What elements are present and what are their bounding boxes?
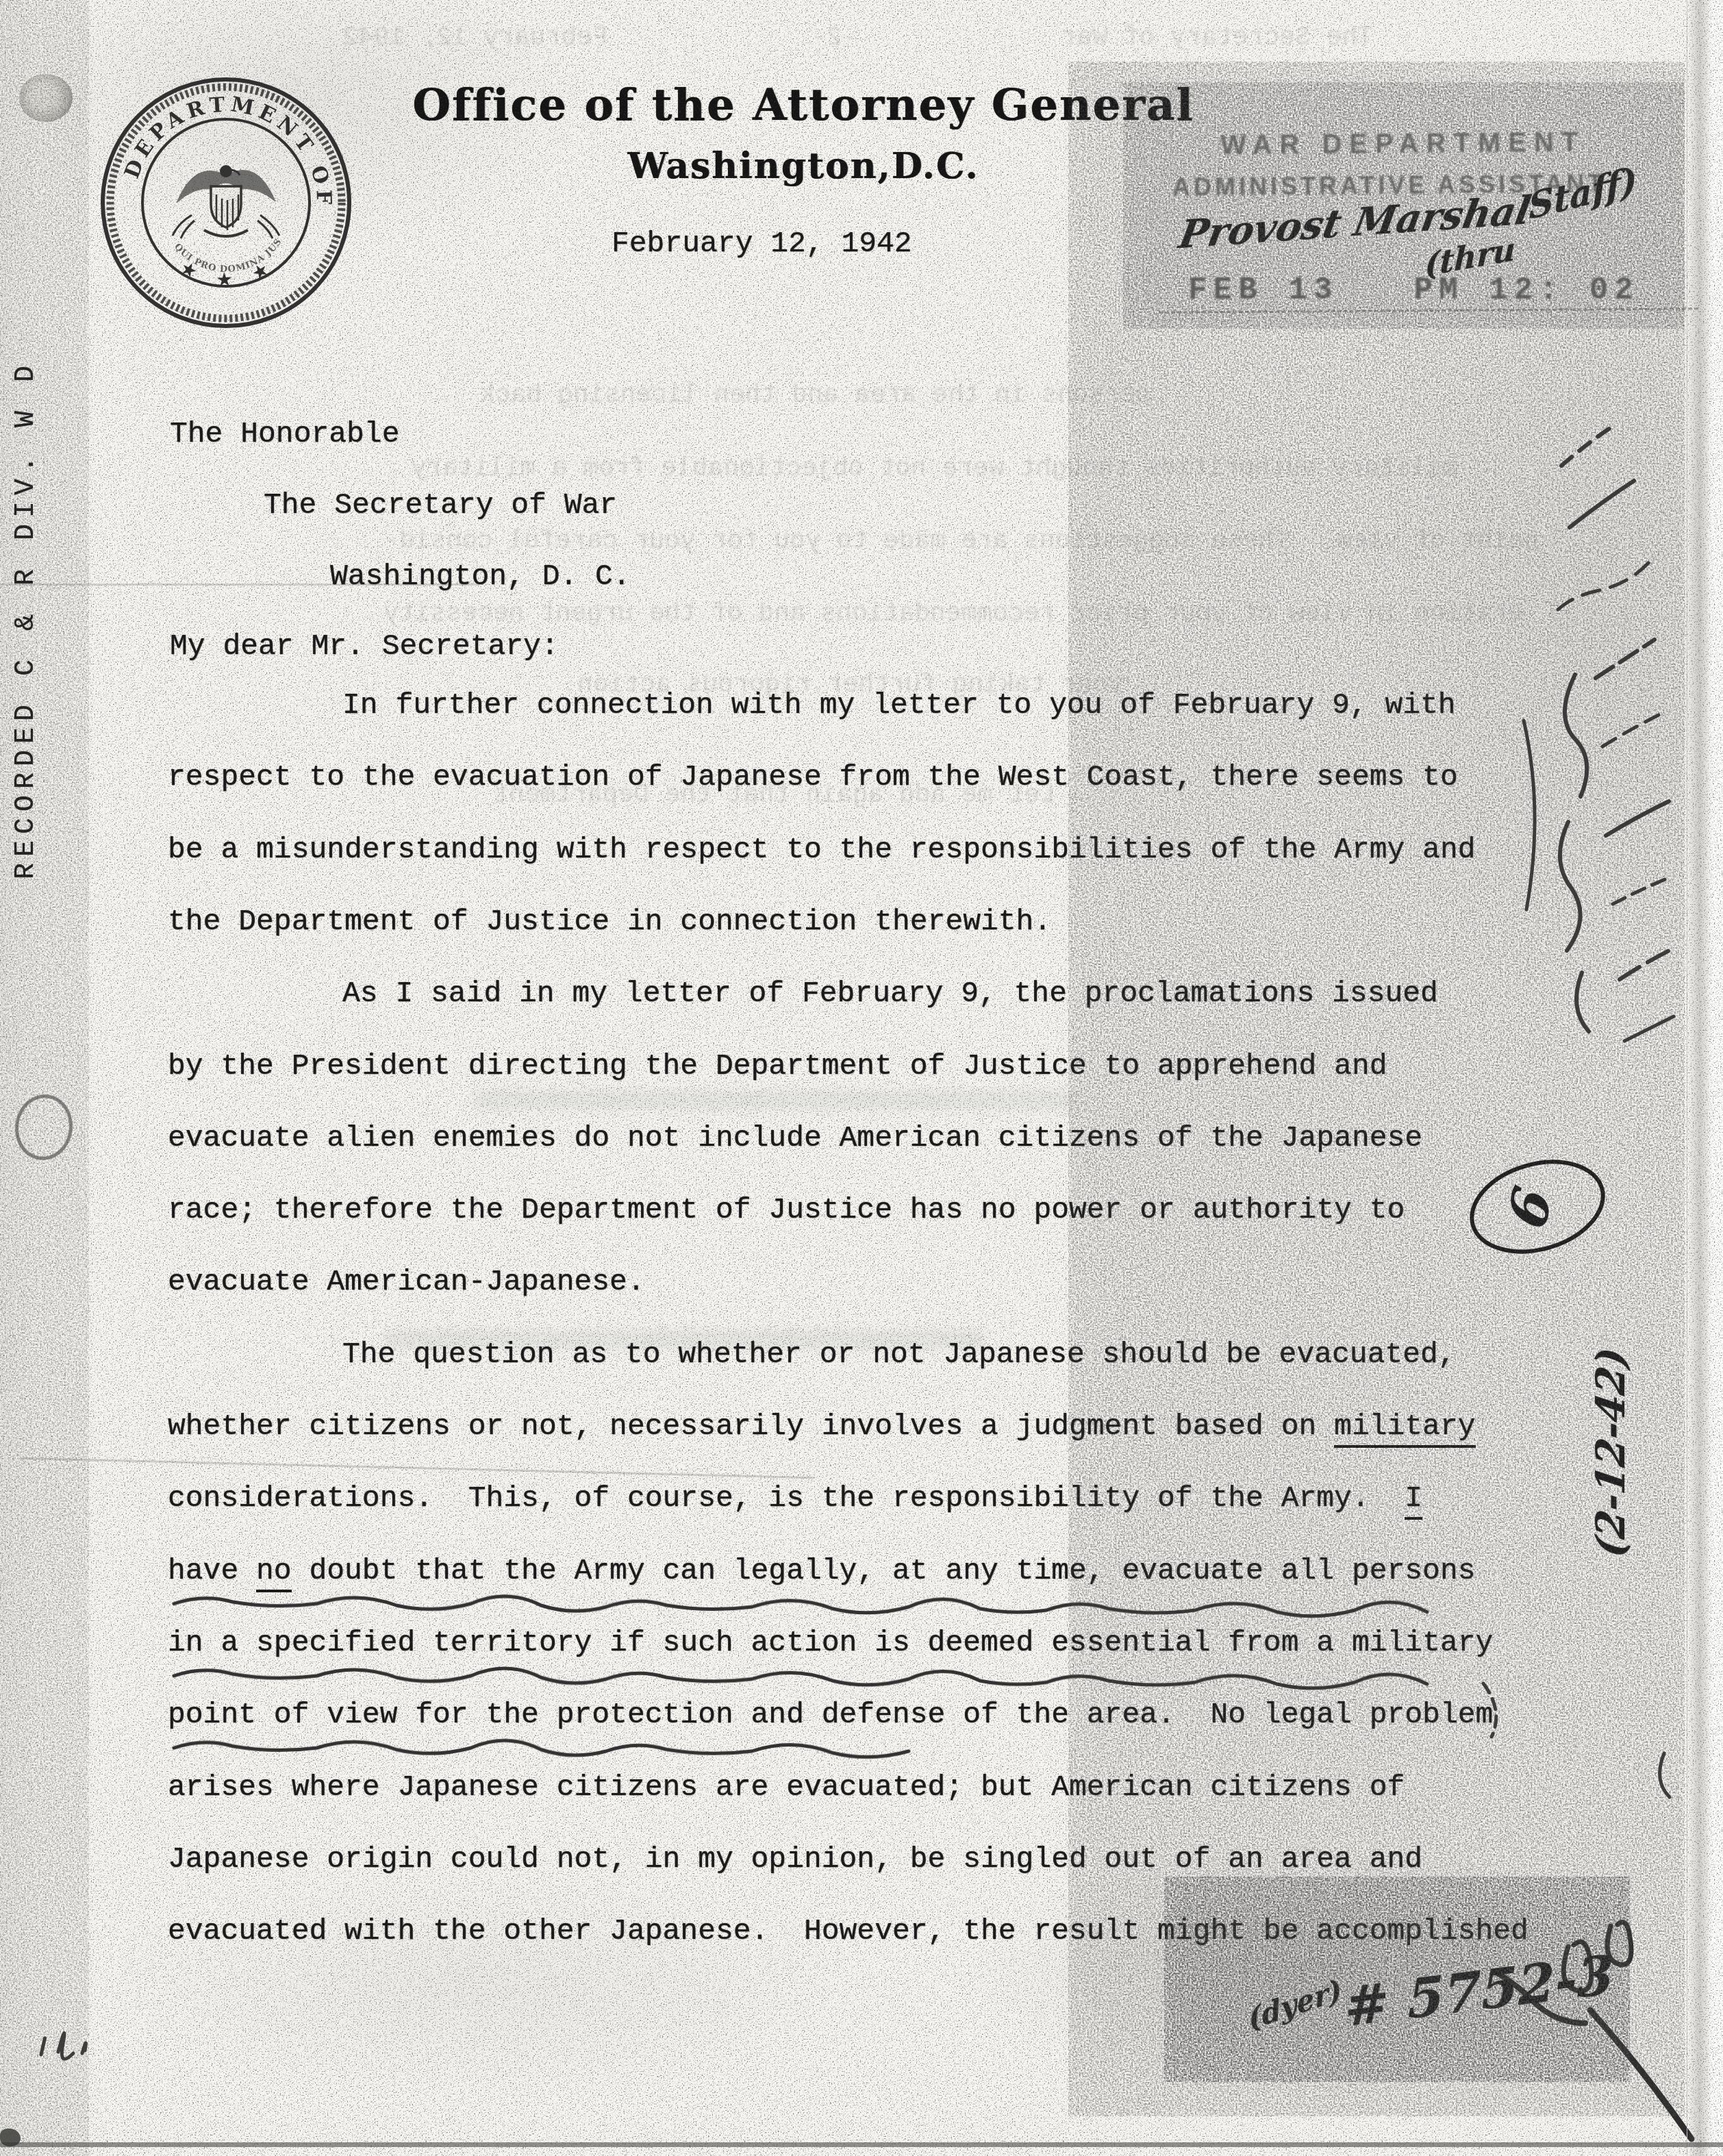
typed-line: whether citizens or not, necessarily inv… xyxy=(168,1412,1476,1441)
typed-line: evacuate alien enemies do not include Am… xyxy=(168,1123,1422,1153)
typed-line: respect to the evacuation of Japanese fr… xyxy=(168,762,1458,792)
salutation: My dear Mr. Secretary: xyxy=(170,631,559,661)
bleedthrough-header: The Secretary of War -2- February 12, 19… xyxy=(342,23,1373,53)
underlined-word: I xyxy=(1405,1481,1422,1520)
typed-line: In further connection with my letter to … xyxy=(168,690,1456,720)
typed-line: considerations. This, of course, is the … xyxy=(168,1483,1422,1513)
letter-body: In further connection with my letter to … xyxy=(168,690,1620,2026)
scan-corner-blob xyxy=(0,2129,21,2146)
war-dept-stamp-line1: WAR DEPARTMENT xyxy=(1220,127,1586,162)
scan-edge-bottom xyxy=(0,2142,1723,2147)
typed-line: As I said in my letter of February 9, th… xyxy=(168,979,1438,1008)
typed-line: the Department of Justice in connection … xyxy=(168,907,1051,936)
received-time-stamp: FEB 13 PM 12: 02 xyxy=(1188,273,1639,308)
bleedthrough-line: persons in the area and then licensing b… xyxy=(479,381,1151,410)
bleedthrough-line: military authorities thought were not ob… xyxy=(411,454,1457,484)
recipient-line-2: The Secretary of War xyxy=(264,490,617,520)
date-line: February 12, 1942 xyxy=(612,229,912,258)
typed-line: evacuate American-Japanese. xyxy=(168,1267,645,1296)
recorded-margin-note: RECORDED C & R DIV. W D xyxy=(11,44,42,879)
bottom-left-mark xyxy=(41,2033,86,2059)
letterhead-office: Office of the Attorney General xyxy=(392,79,1214,131)
margin-date-note: (2-12-42) xyxy=(1587,1344,1634,1559)
stamp-divider-line xyxy=(1159,308,1698,314)
recipient-line-1: The Honorable xyxy=(170,419,399,449)
typed-line: have no doubt that the Army can legally,… xyxy=(168,1556,1476,1585)
doj-seal: DEPARTMENT OF JUSTICE ★ ★ ★ ★ QUI PRO DO… xyxy=(95,68,362,341)
typed-line: arises where Japanese citizens are evacu… xyxy=(168,1772,1405,1802)
recipient-line-3: Washington, D. C. xyxy=(330,562,631,591)
typed-line: by the President directing the Departmen… xyxy=(168,1051,1387,1081)
typed-line: Japanese origin could not, in my opinion… xyxy=(168,1844,1422,1874)
typed-line: race; therefore the Department of Justic… xyxy=(168,1195,1405,1225)
typed-line: point of view for the protection and def… xyxy=(168,1700,1493,1729)
letterhead-city: Washington,D.C. xyxy=(392,145,1214,187)
typed-line: in a specified territory if such action … xyxy=(168,1628,1493,1657)
bleedthrough-line: point of view. These suggestions are mad… xyxy=(383,527,1539,556)
pencil-ring-mark xyxy=(11,1091,77,1164)
typed-line: be a misunderstanding with respect to th… xyxy=(168,835,1476,864)
bleedthrough-line: eration in view of your prior recommenda… xyxy=(383,599,1524,629)
underlined-word: military xyxy=(1334,1409,1475,1448)
typed-line: The question as to whether or not Japane… xyxy=(168,1340,1456,1369)
underlined-word: no xyxy=(256,1554,292,1592)
scan-edge-right xyxy=(1687,0,1723,2156)
typed-line: evacuated with the other Japanese. Howev… xyxy=(168,1916,1529,1946)
scanned-letter-page: The Secretary of War -2- February 12, 19… xyxy=(0,0,1723,2156)
